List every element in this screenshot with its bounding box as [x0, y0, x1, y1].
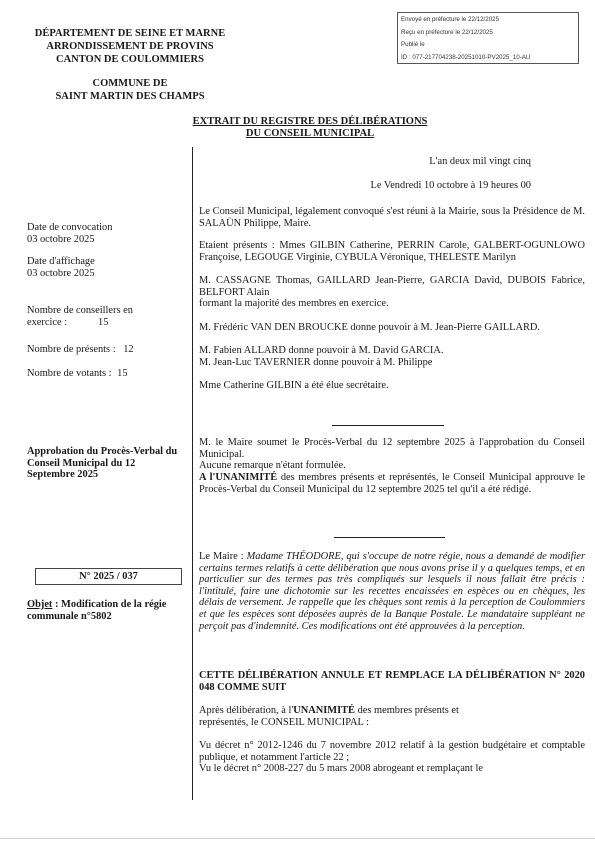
objet-label: Objet — [27, 599, 52, 610]
separator-line — [332, 425, 444, 426]
votants-block: Nombre de votants : 15 — [27, 368, 128, 380]
presents-value: 12 — [123, 344, 133, 355]
deliberation-number: N° 2025 / 037 — [35, 568, 182, 585]
presents-label: Nombre de présents : — [27, 344, 116, 355]
conseillers-value: 15 — [98, 317, 108, 329]
annule-paragraph: CETTE DÉLIBÉRATION ANNULE ET REMPLACE LA… — [199, 670, 585, 693]
convocation-label: Date de convocation — [27, 222, 112, 234]
pouvoir-2: M. Fabien ALLARD donne pouvoir à M. Davi… — [199, 345, 585, 357]
department-header: DÉPARTEMENT DE SEINE ET MARNE ARRONDISSE… — [20, 27, 240, 66]
approval-title-line: Septembre 2025 — [27, 469, 197, 481]
secretary: Mme Catherine GILBIN a été élue secrétai… — [199, 380, 585, 392]
votants-label: Nombre de votants : — [27, 368, 112, 379]
pouvoir-3: M. Jean-Luc TAVERNIER donne pouvoir à M.… — [199, 357, 585, 369]
page-bottom-edge — [0, 838, 595, 839]
votants-value: 15 — [117, 368, 127, 379]
convocation-date: 03 octobre 2025 — [27, 234, 112, 246]
approval-title: Approbation du Procès-Verbal du Conseil … — [27, 446, 197, 481]
session-date: Le Vendredi 10 octobre à 19 heures 00 — [199, 180, 531, 192]
stamp-sent: Envoyé en préfecture le 22/12/2025 — [401, 14, 575, 27]
objet-text-2: communale n°5802 — [27, 611, 197, 623]
apres-text: Après délibération, à l' — [199, 705, 293, 716]
separator-line — [334, 537, 445, 538]
title-line-2: DU CONSEIL MUNICIPAL — [170, 128, 450, 140]
presents-block: Nombre de présents : 12 — [27, 344, 134, 356]
affichage-block: Date d'affichage 03 octobre 2025 — [27, 256, 95, 279]
approval-title-line: Conseil Municipal du 12 — [27, 458, 197, 470]
arrondissement-line: ARRONDISSEMENT DE PROVINS — [20, 40, 240, 53]
presents-paragraph: Etaient présents : Mmes GILBIN Catherine… — [199, 240, 585, 263]
document-title: EXTRAIT DU REGISTRE DES DÉLIBÉRATIONS DU… — [170, 116, 450, 140]
majority-paragraph: formant la majorité des membres en exerc… — [199, 298, 585, 310]
conseillers-label: Nombre de conseillers en — [27, 305, 157, 317]
intro-paragraph: Le Conseil Municipal, légalement convoqu… — [199, 206, 585, 229]
prefecture-stamp: Envoyé en préfecture le 22/12/2025 Reçu … — [397, 12, 579, 64]
affichage-date: 03 octobre 2025 — [27, 268, 95, 280]
conseillers-label-2: exercice : — [27, 317, 67, 328]
vu-paragraph-1: Vu décret n° 2012-1246 du 7 novembre 201… — [199, 740, 585, 763]
commune-label: COMMUNE DE — [20, 77, 240, 90]
pouvoir-1: M. Frédéric VAN DEN BROUCKE donne pouvoi… — [199, 322, 585, 334]
commune-name: SAINT MARTIN DES CHAMPS — [20, 90, 240, 103]
stamp-id: ID : 077-217704238-20251010-PV2025_10-AU — [401, 52, 575, 65]
vu-paragraph-2: Vu le décret n° 2008-227 du 5 mars 2008 … — [199, 763, 585, 775]
title-line-1: EXTRAIT DU REGISTRE DES DÉLIBÉRATIONS — [170, 116, 450, 128]
objet-text: : Modification de la régie — [52, 599, 166, 610]
unanimite-label: UNANIMITÉ — [293, 705, 355, 716]
presents-men-paragraph: M. CASSAGNE Thomas, GAILLARD Jean-Pierre… — [199, 275, 585, 298]
department-line: DÉPARTEMENT DE SEINE ET MARNE — [20, 27, 240, 40]
apres-paragraph: Après délibération, à l'UNANIMITÉ des me… — [199, 705, 489, 728]
approval-title-line: Approbation du Procès-Verbal du — [27, 446, 197, 458]
session-year: L'an deux mil vingt cinq — [199, 156, 531, 168]
pv-paragraph-2: Aucune remarque n'étant formulée. — [199, 460, 585, 472]
objet-block: Objet : Modification de la régie communa… — [27, 599, 197, 622]
pv-paragraph-3: A l'UNANIMITÉ des membres présents et re… — [199, 472, 585, 495]
conseillers-block: Nombre de conseillers en exercice : 15 — [27, 305, 157, 328]
stamp-received: Reçu en préfecture le 22/12/2025 — [401, 27, 575, 40]
pv-paragraph-1: M. le Maire soumet le Procès-Verbal du 1… — [199, 437, 585, 460]
maire-text: Madame THÉODORE, qui s'occupe de notre r… — [199, 551, 585, 632]
maire-paragraph: Le Maire : Madame THÉODORE, qui s'occupe… — [199, 551, 585, 632]
convocation-block: Date de convocation 03 octobre 2025 — [27, 222, 112, 245]
stamp-published: Publié le — [401, 39, 575, 52]
affichage-label: Date d'affichage — [27, 256, 95, 268]
canton-line: CANTON DE COULOMMIERS — [20, 53, 240, 66]
unanimite-label: A l'UNANIMITÉ — [199, 472, 277, 483]
commune-header: COMMUNE DE SAINT MARTIN DES CHAMPS — [20, 77, 240, 103]
maire-label: Le Maire : — [199, 551, 247, 562]
